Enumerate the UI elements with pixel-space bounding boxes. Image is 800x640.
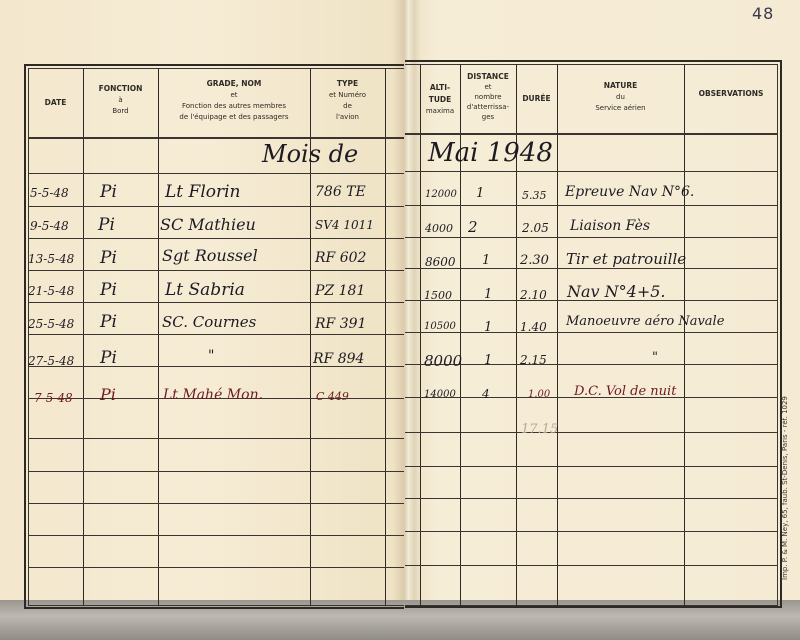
entry-grade-nom: Lt Mahé Mon.	[163, 387, 263, 403]
entry-altitude: 1500	[424, 289, 452, 302]
entry-avion: RF 391	[315, 316, 366, 332]
entry-fonction: Pi	[98, 215, 115, 235]
entry-fonction: Pi	[100, 348, 117, 368]
month-label-right: Mai 1948	[428, 138, 553, 168]
entry-atterrissages: 1	[484, 287, 492, 302]
header-observations: OBSERVATIONS	[684, 88, 778, 100]
entry-avion: 786 TE	[315, 184, 366, 200]
entry-nature: Liaison Fès	[570, 218, 650, 234]
header-duree: DURÉE	[516, 93, 557, 105]
entry-date: 27-5-48	[28, 354, 74, 368]
entry-grade-nom: SC Mathieu	[160, 215, 256, 234]
entry-altitude: 8000	[424, 352, 462, 370]
entry-nature: Manoeuvre aéro Navale	[566, 314, 724, 329]
entry-duree: 1.00	[528, 389, 550, 400]
entry-duree: 2.15	[520, 353, 547, 367]
entry-grade-nom: Sgt Roussel	[162, 246, 258, 265]
entry-altitude: 4000	[425, 222, 453, 235]
entry-altitude: 10500	[424, 321, 456, 332]
entry-fonction: Pi	[100, 248, 117, 268]
entry-date: 13-5-48	[28, 252, 74, 266]
entry-avion: PZ 181	[315, 283, 365, 299]
entry-grade-nom: "	[208, 348, 214, 364]
entry-nature: D.C. Vol de nuit	[574, 384, 676, 399]
entry-atterrissages: 1	[482, 253, 490, 268]
entry-altitude: 14000	[424, 389, 456, 400]
header-distance: DISTANCEetnombred'atterrissa-ges	[460, 72, 516, 122]
entry-date: 5-5-48	[30, 186, 69, 200]
entry-fonction: Pi	[100, 312, 117, 332]
header-nature: NATUREduService aérien	[557, 80, 684, 114]
entry-avion: RF 894	[313, 351, 364, 367]
header-altitude: ALTI-TUDEmaxima	[420, 82, 460, 117]
entry-nature: Nav N°4+5.	[567, 282, 666, 301]
header-grade-nom: GRADE, NOMetFonction des autres membresd…	[158, 78, 310, 123]
total-duree: 17.15	[521, 422, 558, 437]
entry-duree: 5.35	[522, 189, 547, 202]
entry-date: 9-5-48	[30, 219, 69, 233]
entry-date: 25-5-48	[28, 317, 74, 331]
entry-duree: 1.40	[520, 320, 547, 334]
header-date: DATE	[28, 97, 83, 109]
entry-nature: "	[652, 350, 658, 365]
entry-grade-nom: SC. Cournes	[162, 313, 256, 331]
entry-atterrissages: 2	[468, 218, 478, 236]
entry-fonction: Pi	[100, 385, 116, 404]
entry-atterrissages: 1	[476, 186, 484, 201]
entry-duree: 2.05	[522, 221, 549, 235]
entry-altitude: 12000	[425, 189, 457, 200]
entry-fonction: Pi	[100, 182, 117, 202]
entry-nature: Tir et patrouille	[566, 250, 686, 268]
header-type-avion: TYPEet Numérodel'avion	[310, 78, 385, 123]
page-number: 48	[752, 4, 774, 23]
entry-grade-nom: Lt Florin	[165, 182, 241, 202]
entry-atterrissages: 1	[484, 320, 492, 335]
entry-date: 7-5-48	[34, 391, 73, 405]
entry-nature: Epreuve Nav N°6.	[565, 184, 694, 200]
entry-duree: 2.30	[520, 253, 549, 268]
entry-avion: SV4 1011	[315, 218, 374, 232]
entry-grade-nom: Lt Sabria	[165, 280, 245, 300]
entry-avion: C 449	[316, 390, 349, 403]
entry-fonction: Pi	[100, 280, 117, 300]
header-fonction: FONCTIONàBord	[83, 83, 158, 117]
printer-imprint: Imp. P. & M. Ney, 65, faub. St-Denis, Pa…	[781, 396, 789, 580]
month-label-left: Mois de	[262, 140, 358, 168]
entry-atterrissages: 1	[484, 353, 492, 368]
entry-avion: RF 602	[315, 250, 366, 266]
entry-atterrissages: 4	[482, 387, 490, 401]
entry-altitude: 8600	[425, 255, 456, 269]
entry-date: 21-5-48	[28, 284, 74, 298]
entry-duree: 2.10	[520, 288, 547, 302]
